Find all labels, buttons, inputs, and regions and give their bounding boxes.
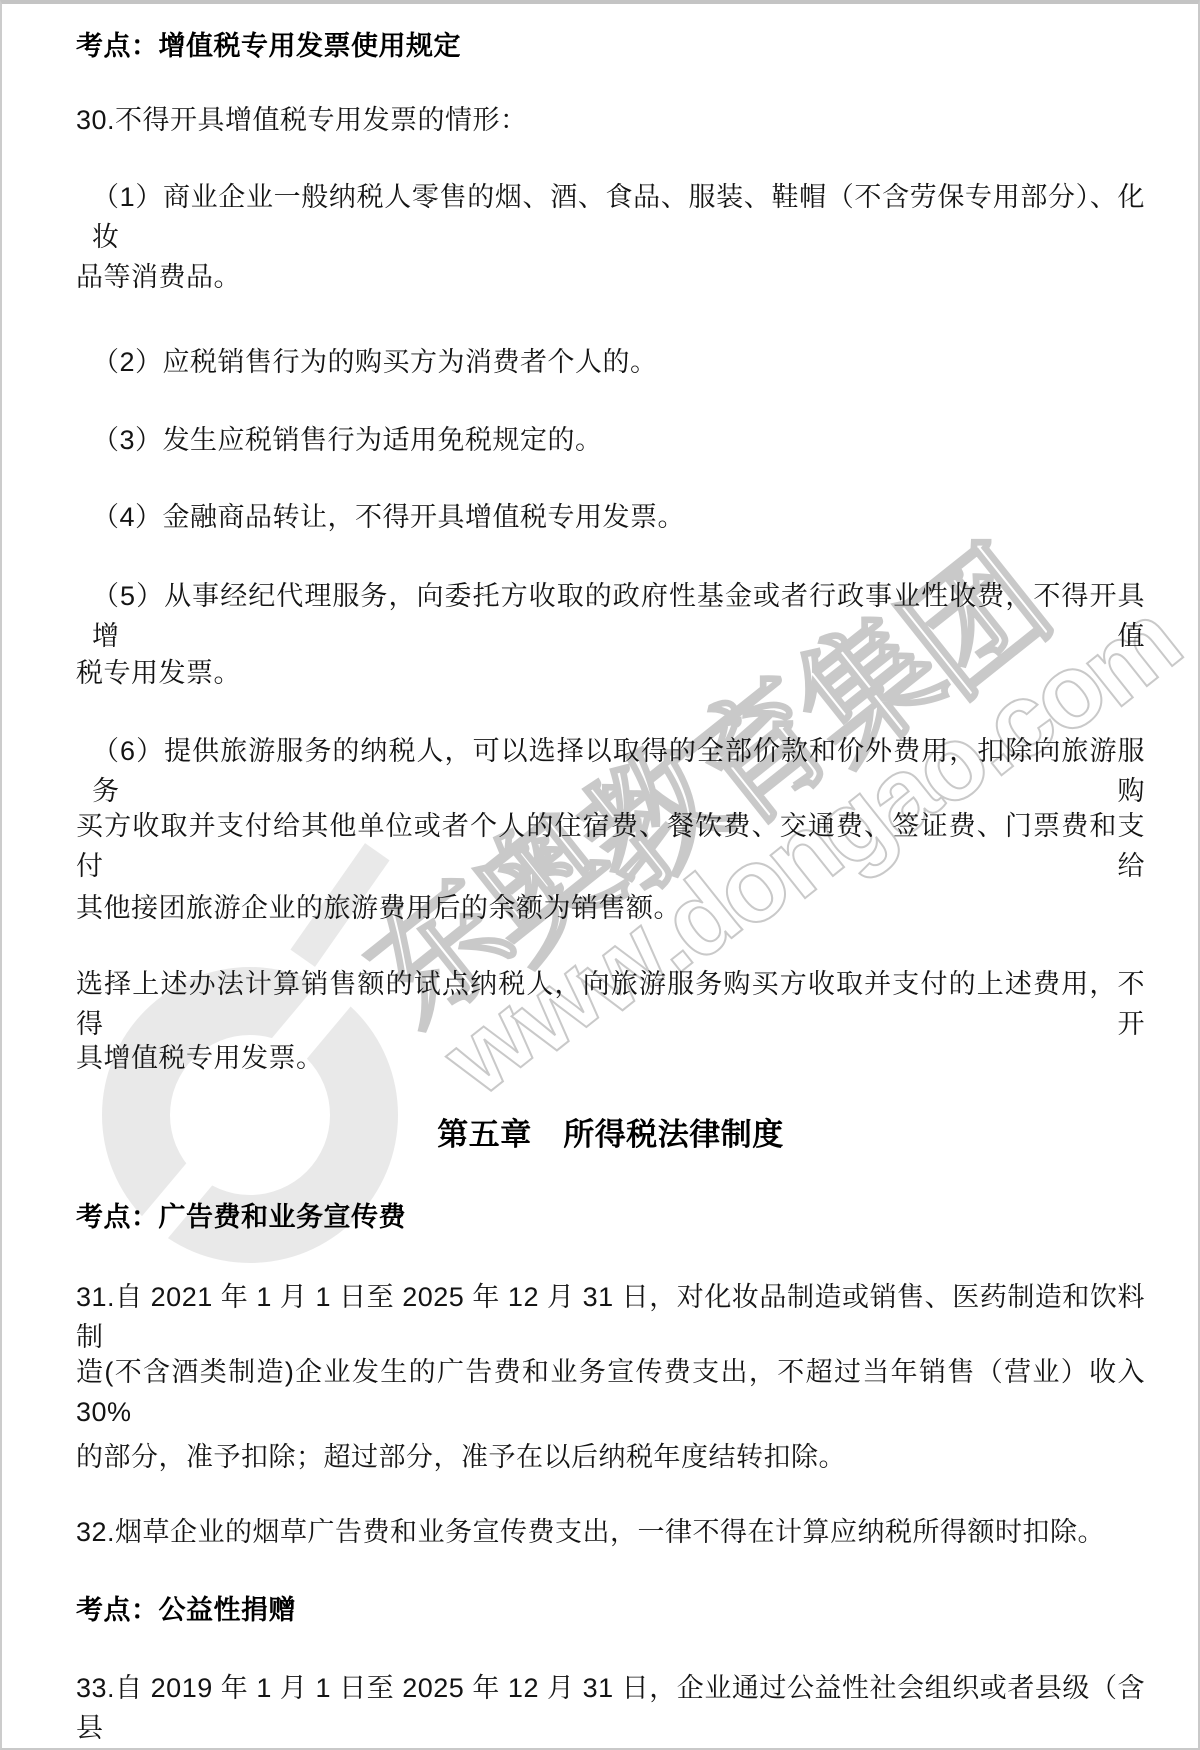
item-30-sub3: （3）发生应税销售行为适用免税规定的。 (92, 420, 1145, 460)
section-heading-donation: 考点：公益性捐赠 (76, 1590, 1145, 1630)
item-31-line1: 31.自 2021 年 1 月 1 日至 2025 年 12 月 31 日，对化… (76, 1277, 1145, 1357)
item-33-line1: 33.自 2019 年 1 月 1 日至 2025 年 12 月 31 日，企业… (76, 1668, 1145, 1748)
section-heading-ad-fees: 考点：广告费和业务宣传费 (76, 1197, 1145, 1237)
chapter-heading: 第五章 所得税法律制度 (76, 1112, 1145, 1158)
item-30-sub1-line1: （1）商业企业一般纳税人零售的烟、酒、食品、服装、鞋帽（不含劳保专用部分）、化妆 (92, 177, 1145, 257)
item-30-intro: 30.不得开具增值税专用发票的情形： (76, 100, 1145, 140)
item-30-note-line2: 具增值税专用发票。 (76, 1038, 1145, 1078)
item-30-sub5-line1: （5）从事经纪代理服务，向委托方收取的政府性基金或者行政事业性收费，不得开具增值 (92, 576, 1145, 656)
item-30-sub6-line1: （6）提供旅游服务的纳税人，可以选择以取得的全部价款和价外费用，扣除向旅游服务购 (92, 731, 1145, 811)
item-30-sub6-line3: 其他接团旅游企业的旅游费用后的余额为销售额。 (76, 888, 1145, 928)
section-heading-vat-invoice: 考点：增值税专用发票使用规定 (76, 26, 1145, 66)
item-30-sub4: （4）金融商品转让，不得开具增值税专用发票。 (92, 497, 1145, 537)
item-32: 32.烟草企业的烟草广告费和业务宣传费支出，一律不得在计算应纳税所得额时扣除。 (76, 1512, 1145, 1552)
item-30-note-line1: 选择上述办法计算销售额的试点纳税人，向旅游服务购买方收取并支付的上述费用，不得开 (76, 964, 1145, 1044)
item-31-line3: 的部分，准予扣除；超过部分，准予在以后纳税年度结转扣除。 (76, 1437, 1145, 1477)
item-30-sub6-line2: 买方收取并支付给其他单位或者个人的住宿费、餐饮费、交通费、签证费、门票费和支付给 (76, 806, 1145, 886)
item-31-line2: 造(不含酒类制造)企业发生的广告费和业务宣传费支出，不超过当年销售（营业）收入 … (76, 1352, 1145, 1432)
item-30-sub5-line2: 税专用发票。 (76, 653, 1145, 693)
item-30-sub1-line2: 品等消费品。 (76, 257, 1145, 297)
item-30-sub2: （2）应税销售行为的购买方为消费者个人的。 (92, 342, 1145, 382)
document-page: { "page": { "background": "#ffffff", "fr… (0, 0, 1200, 1750)
document-body: 考点：增值税专用发票使用规定 30.不得开具增值税专用发票的情形： （1）商业企… (0, 0, 1200, 1750)
